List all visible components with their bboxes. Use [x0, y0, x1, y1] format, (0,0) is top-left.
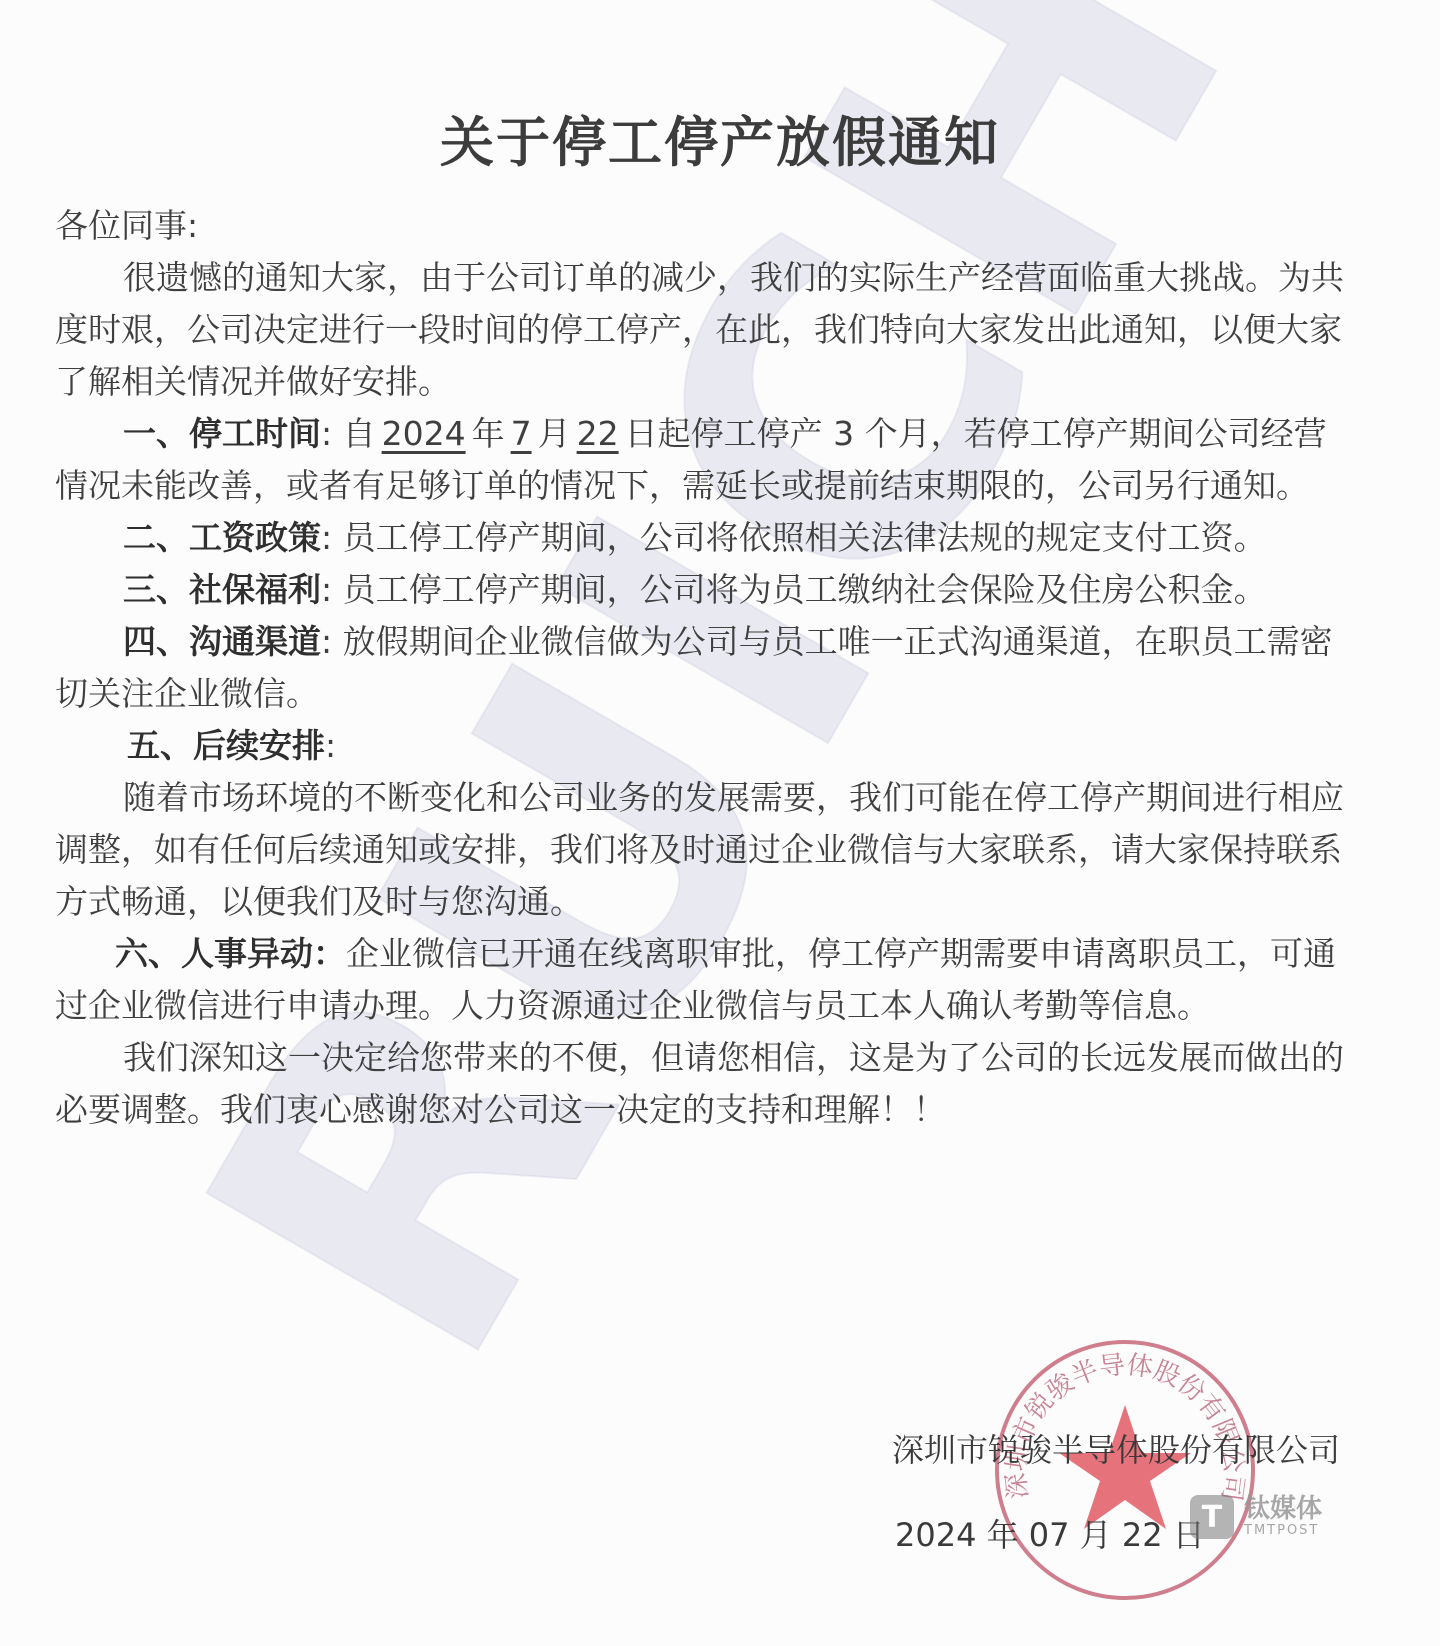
notice-document: RUICHIPS 关于停工停产放假通知 各位同事: 很遗憾的通知大家，由于公司订…	[0, 0, 1440, 1646]
tmtpost-logo-icon: T	[1190, 1495, 1234, 1539]
section-6-heading: 六、人事异动	[115, 934, 313, 973]
tmtpost-logo: T 钛媒体 TMTPOST	[1190, 1495, 1322, 1539]
closing-paragraph: 我们深知这一决定给您带来的不便，但请您相信，这是为了公司的长远发展而做出的必要调…	[55, 1032, 1345, 1136]
section-1: 一、停工时间: 自2024年7月22日起停工停产 3 个月，若停工停产期间公司经…	[55, 408, 1345, 512]
salutation: 各位同事:	[55, 200, 1345, 252]
section-1-heading: 一、停工时间	[123, 414, 321, 453]
start-year: 2024	[376, 414, 472, 453]
intro-paragraph: 很遗憾的通知大家，由于公司订单的减少，我们的实际生产经营面临重大挑战。为共度时艰…	[55, 252, 1345, 408]
section-5: 五、后续安排:	[55, 720, 1345, 772]
section-5-body: 随着市场环境的不断变化和公司业务的发展需要，我们可能在停工停产期间进行相应调整，…	[55, 772, 1345, 928]
notice-body: 各位同事: 很遗憾的通知大家，由于公司订单的减少，我们的实际生产经营面临重大挑战…	[55, 200, 1345, 1136]
page-title: 关于停工停产放假通知	[0, 100, 1440, 177]
logo-name-cn: 钛媒体	[1244, 1495, 1322, 1523]
start-month: 7	[505, 414, 538, 453]
section-3: 三、社保福利: 员工停工停产期间，公司将为员工缴纳社会保险及住房公积金。	[55, 564, 1345, 616]
section-5-heading: 五、后续安排	[127, 726, 325, 765]
section-2-heading: 二、工资政策	[123, 518, 321, 557]
start-day: 22	[571, 414, 625, 453]
company-signature: 深圳市锐骏半导体股份有限公司	[892, 1425, 1340, 1471]
logo-name-en: TMTPOST	[1244, 1523, 1322, 1539]
section-3-heading: 三、社保福利	[123, 570, 321, 609]
section-4: 四、沟通渠道: 放假期间企业微信做为公司与员工唯一正式沟通渠道，在职员工需密切关…	[55, 616, 1345, 720]
section-2: 二、工资政策: 员工停工停产期间，公司将依照相关法律法规的规定支付工资。	[55, 512, 1345, 564]
section-6: 六、人事异动：企业微信已开通在线离职审批，停工停产期需要申请离职员工，可通过企业…	[55, 928, 1345, 1032]
section-4-heading: 四、沟通渠道	[123, 622, 321, 661]
notice-date: 2024 年 07 月 22 日	[895, 1510, 1205, 1556]
